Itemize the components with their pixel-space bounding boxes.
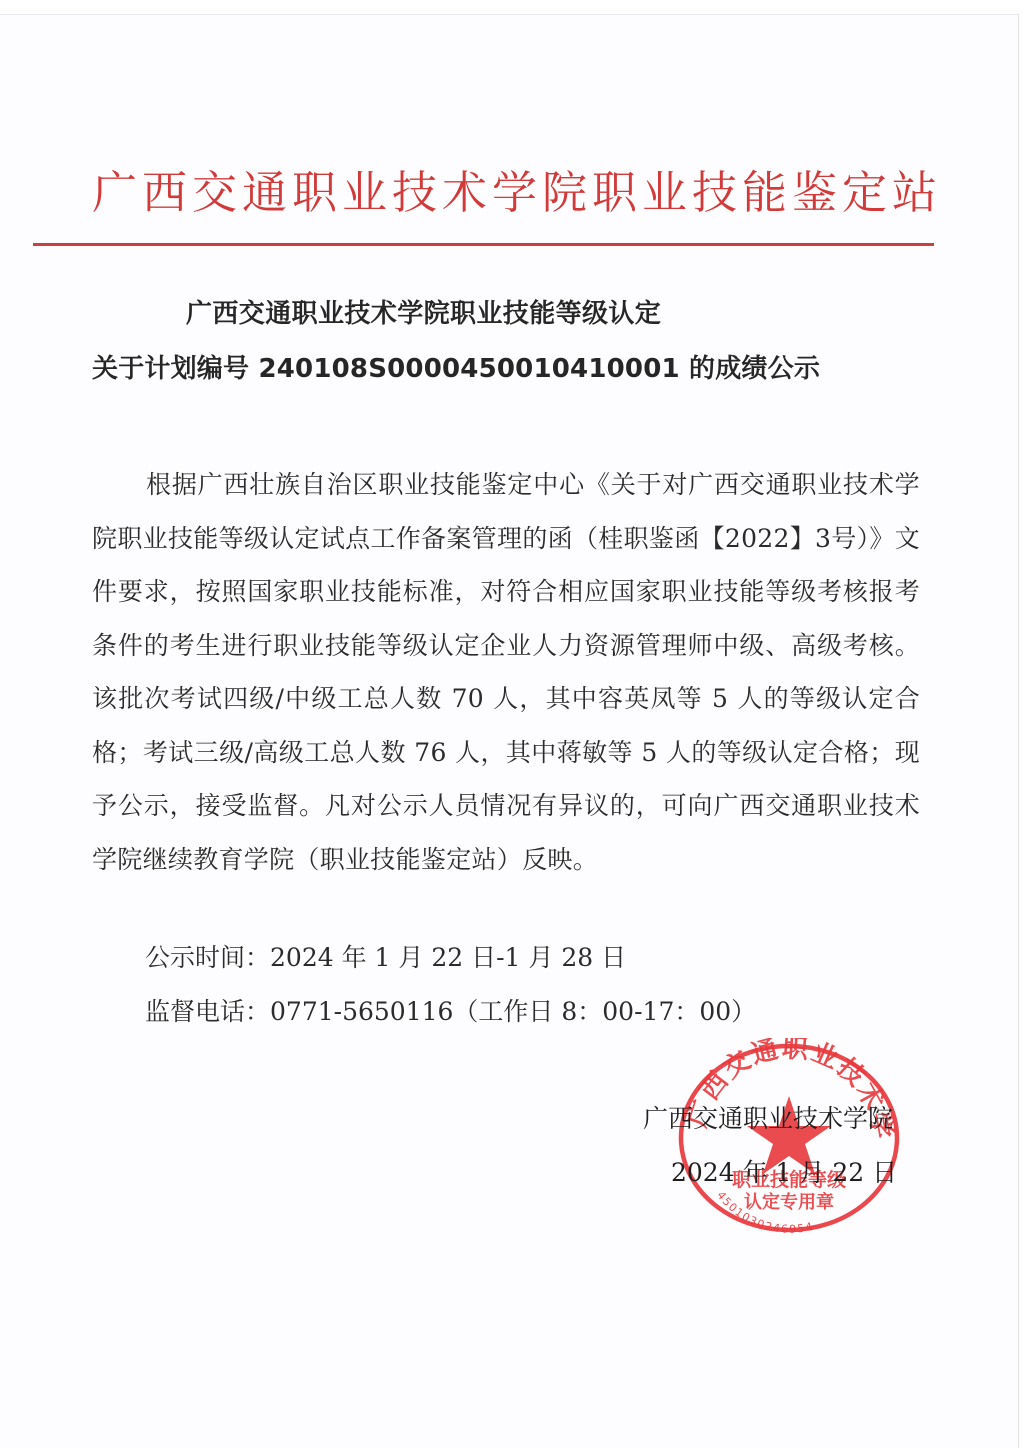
publicity-period-value: 2024 年 1 月 22 日-1 月 28 日: [270, 943, 626, 972]
letterhead-title: 广西交通职业技术学院职业技能鉴定站: [92, 163, 932, 223]
svg-text:认定专用章: 认定专用章: [744, 1191, 834, 1213]
announcement-body: 根据广西壮族自治区职业技能鉴定中心《关于对广西交通职业技术学院职业技能等级认定试…: [92, 458, 920, 886]
supervision-phone-label: 监督电话：: [145, 997, 270, 1026]
supervision-phone: 监督电话：0771-5650116（工作日 8：00-17：00）: [145, 994, 756, 1030]
letterhead-divider: [33, 243, 934, 246]
supervision-phone-value: 0771-5650116（工作日 8：00-17：00）: [270, 997, 756, 1026]
signature-organization: 广西交通职业技术学院: [643, 1101, 893, 1137]
publicity-period: 公示时间：2024 年 1 月 22 日-1 月 28 日: [145, 940, 626, 976]
signature-date: 2024 年 1 月 22 日: [671, 1155, 897, 1191]
document-title-line-2: 关于计划编号 240108S0000450010410001 的成绩公示: [92, 351, 820, 387]
publicity-period-label: 公示时间：: [145, 943, 270, 972]
document-page: 广西交通职业技术学院职业技能鉴定站 广西交通职业技术学院职业技能等级认定 关于计…: [0, 14, 1019, 1448]
document-title-line-1: 广西交通职业技术学院职业技能等级认定: [186, 296, 661, 332]
